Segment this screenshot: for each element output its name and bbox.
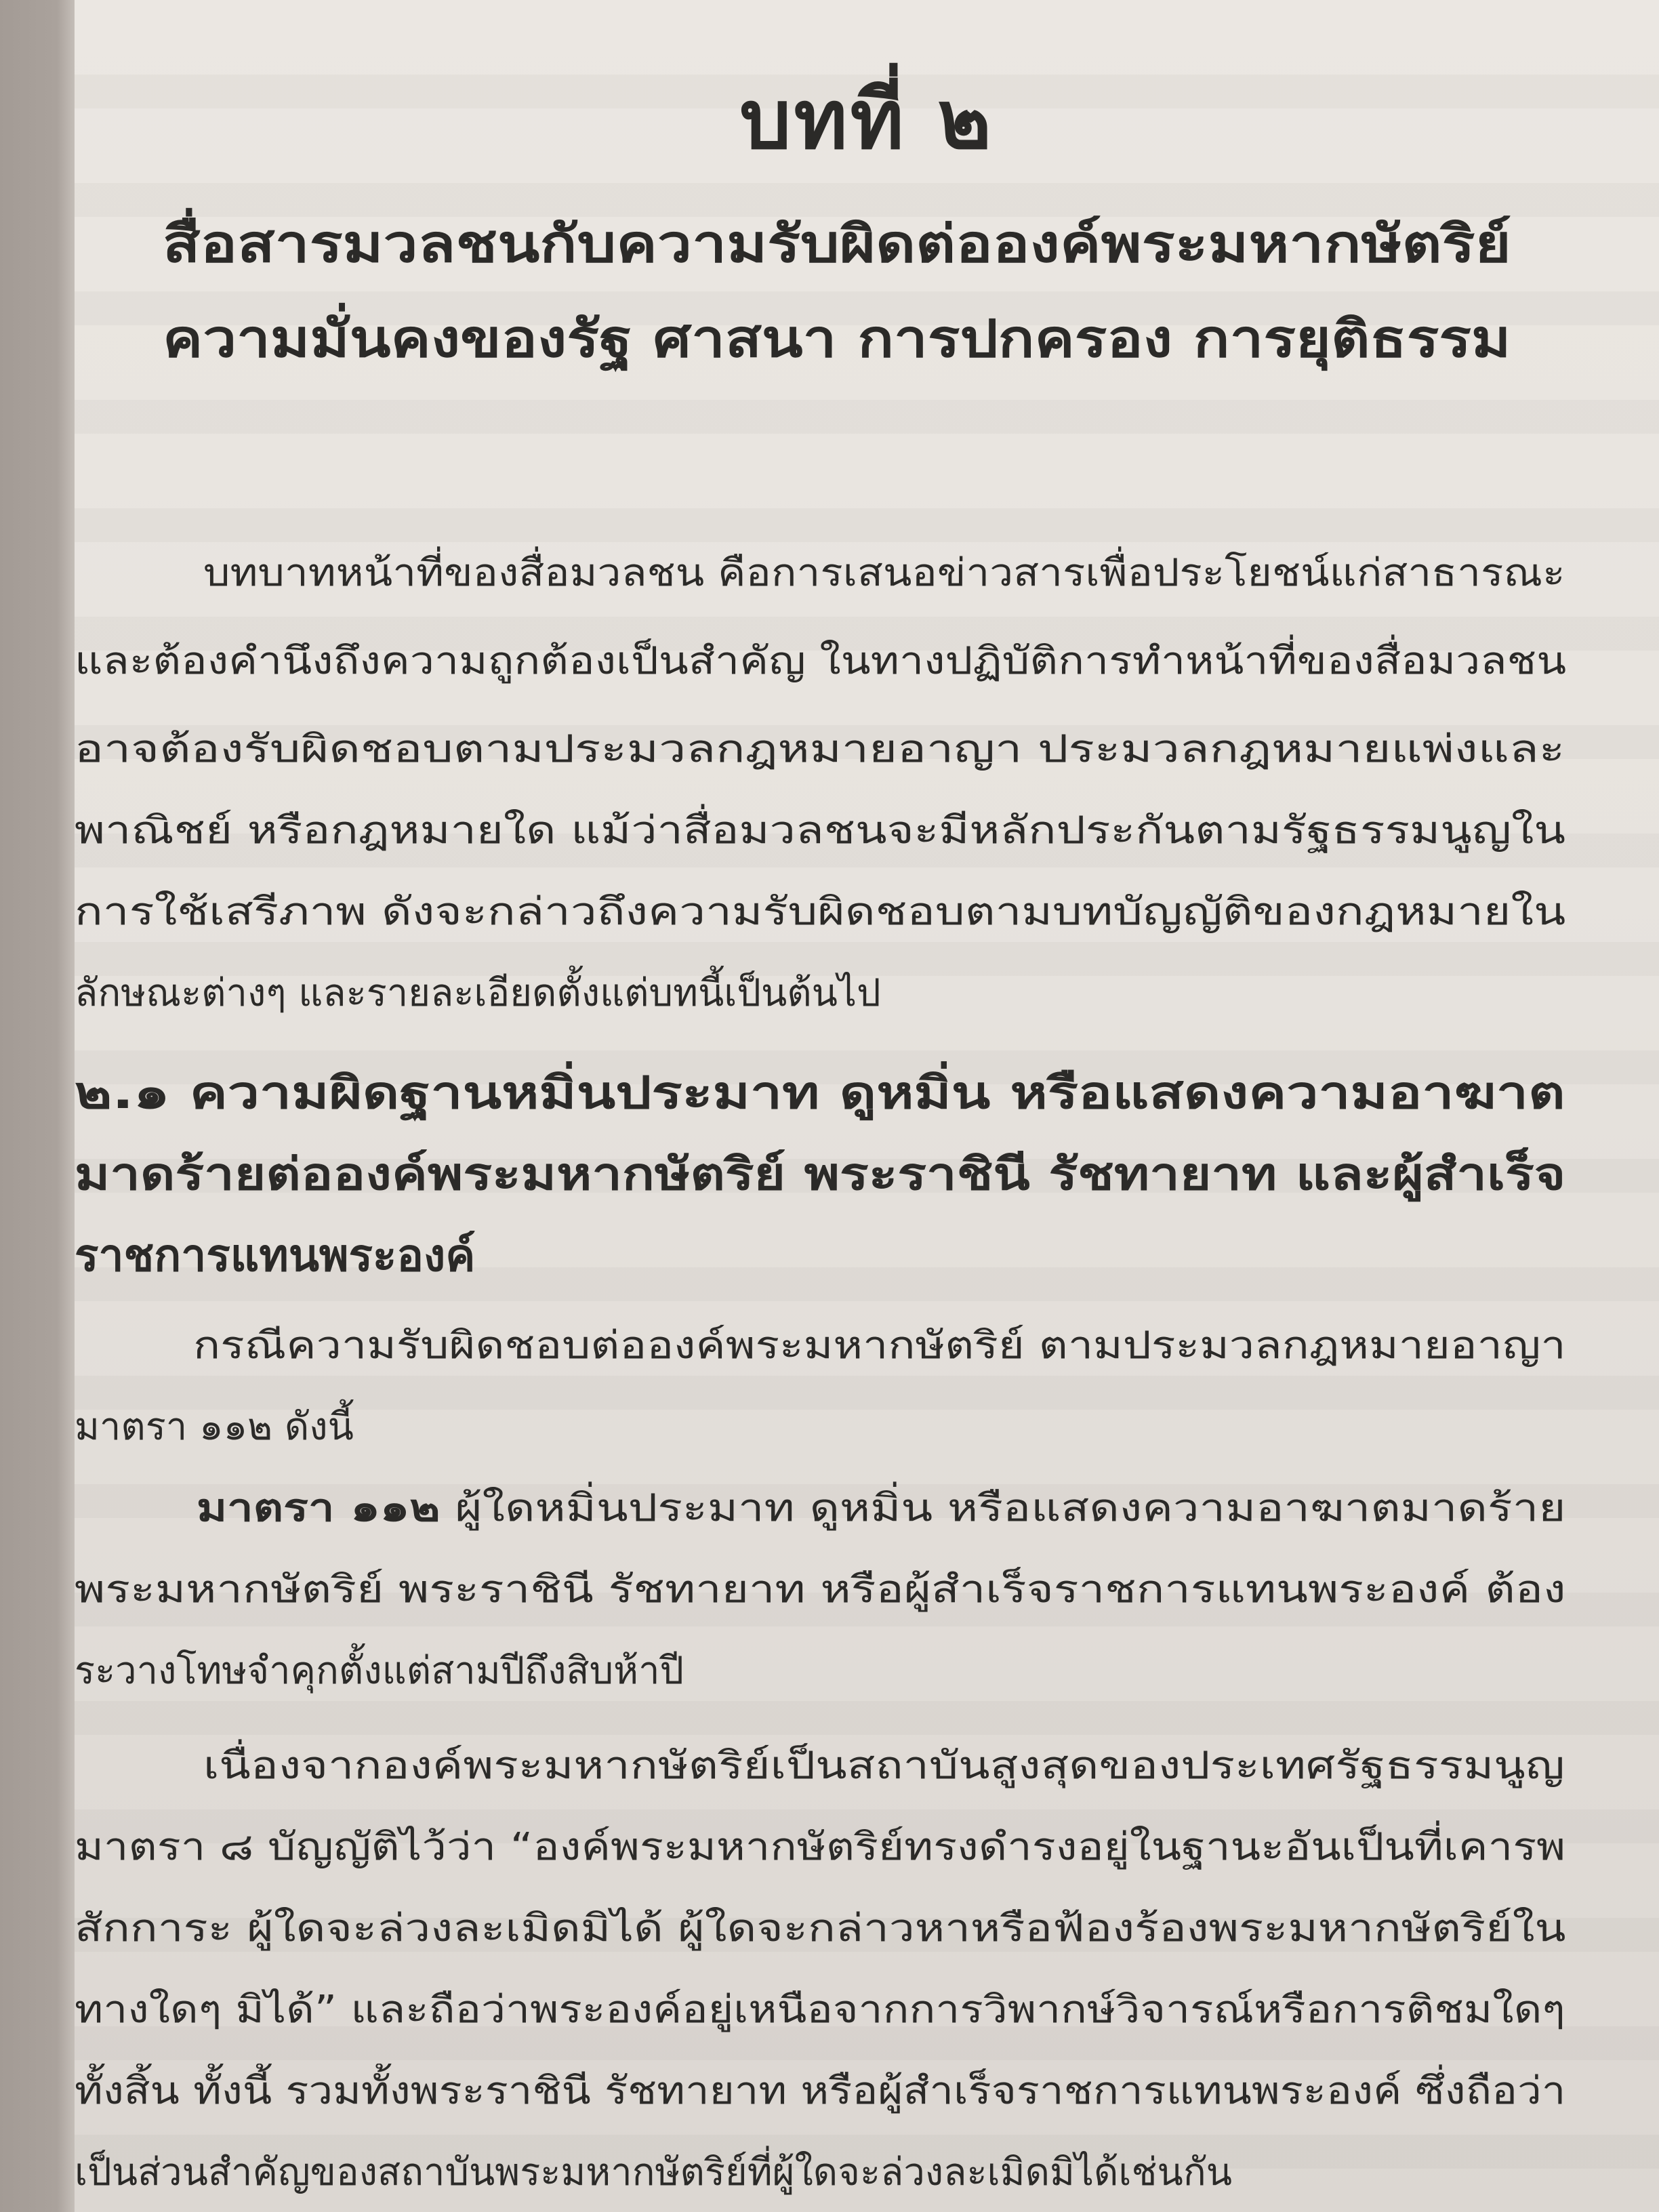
para2-line-2: มาตรา ๘ บัญญัติไว้ว่า “องค์พระมหากษัตริย… (75, 1816, 1565, 1877)
section-heading-line-1: ๒.๑ ความผิดฐานหมิ่นประมาท ดูหมิ่น หรือแส… (75, 1057, 1565, 1128)
chapter-title-line-1: สื่อสารมวลชนกับความรับผิดต่อองค์พระมหากษ… (163, 203, 1511, 285)
section-heading-line-2: มาดร้ายต่อองค์พระมหากษัตริย์ พระราชินี ร… (75, 1139, 1565, 1210)
intro-line-6: ลักษณะต่างๆ และรายละเอียดตั้งแต่บทนี้เป็… (75, 962, 881, 1023)
para1-line-2: มาตรา ๑๑๒ ดังนี้ (75, 1396, 354, 1456)
intro-line-4: พาณิชย์ หรือกฎหมายใด แม้ว่าสื่อมวลชนจะมี… (75, 800, 1565, 860)
para1-line-1: กรณีความรับผิดชอบต่อองค์พระมหากษัตริย์ ต… (193, 1315, 1566, 1375)
chapter-title-line-2: ความมั่นคงของรัฐ ศาสนา การปกครอง การยุติ… (163, 298, 1511, 380)
para2-line-1: เนื่องจากองค์พระมหากษัตริย์เป็นสถาบันสูง… (203, 1735, 1565, 1795)
book-page: บทที่ ๒ สื่อสารมวลชนกับความรับผิดต่อองค์… (75, 0, 1659, 2212)
section-heading-line-3: ราชการแทนพระองค์ (75, 1220, 475, 1291)
book-gutter-shadow (0, 0, 81, 2212)
para2-line-3: สักการะ ผู้ใดจะล่วงละเมิดมิได้ ผู้ใดจะกล… (75, 1898, 1566, 1958)
intro-line-5: การใช้เสรีภาพ ดังจะกล่าวถึงความรับผิดชอบ… (75, 881, 1565, 941)
intro-line-3: อาจต้องรับผิดชอบตามประมวลกฎหมายอาญา ประม… (75, 718, 1565, 779)
para2-line-4: ทางใดๆ มิได้” และถือว่าพระองค์อยู่เหนือจ… (75, 1979, 1565, 2039)
article-112-line-3: ระวางโทษจำคุกตั้งแต่สามปีถึงสิบห้าปี (75, 1640, 684, 1700)
article-112-line-2: พระมหากษัตริย์ พระราชินี รัชทายาท หรือผู… (75, 1559, 1566, 1619)
article-112-text: ผู้ใดหมิ่นประมาท ดูหมิ่น หรือแสดงความอาฆ… (441, 1486, 1566, 1530)
para2-line-6: เป็นส่วนสำคัญของสถาบันพระมหากษัตริย์ที่ผ… (75, 2142, 1232, 2202)
chapter-number: บทที่ ๒ (75, 54, 1659, 184)
intro-line-1: บทบาทหน้าที่ของสื่อมวลชน คือการเสนอข่าวส… (203, 542, 1565, 602)
intro-line-2: และต้องคำนึงถึงความถูกต้องเป็นสำคัญ ในทา… (75, 630, 1566, 691)
article-112-line-1: มาตรา ๑๑๒ ผู้ใดหมิ่นประมาท ดูหมิ่น หรือแ… (197, 1477, 1565, 1538)
article-112-label: มาตรา ๑๑๒ (197, 1486, 441, 1530)
para2-line-5: ทั้งสิ้น ทั้งนี้ รวมทั้งพระราชินี รัชทาย… (75, 2060, 1565, 2121)
